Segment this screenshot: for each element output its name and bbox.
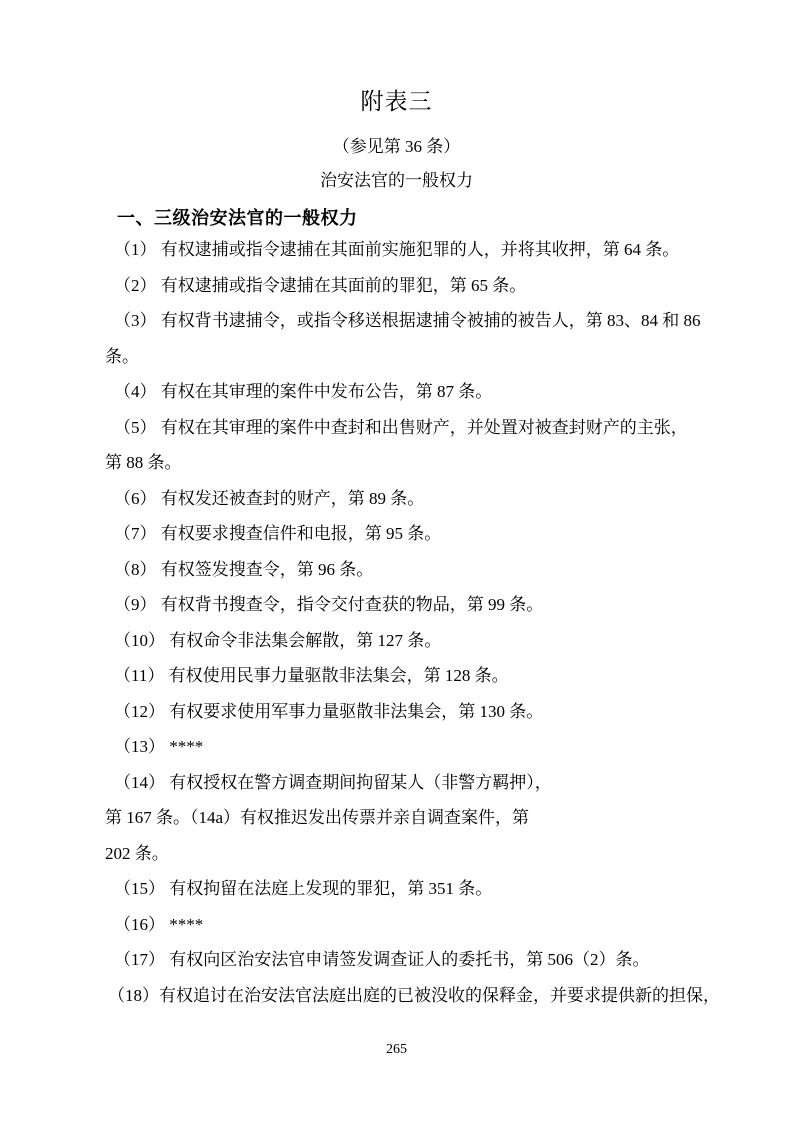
list-item-5: （5） 有权在其审理的案件中查封和出售财产，并处置对被查封财产的主张， (105, 410, 793, 446)
list-item-11: （11） 有权使用民事力量驱散非法集会，第 128 条。 (105, 658, 793, 694)
document-page: 附表三 （参见第 36 条） 治安法官的一般权力 一、三级治安法官的一般权力 （… (0, 0, 793, 1122)
list-item-5-continuation: 第 88 条。 (105, 445, 793, 481)
list-item-4: （4） 有权在其审理的案件中发布公告，第 87 条。 (105, 374, 793, 410)
section-heading: 一、三级治安法官的一般权力 (117, 206, 793, 230)
list-item-7: （7） 有权要求搜查信件和电报，第 95 条。 (105, 516, 793, 552)
list-item-17: （17） 有权向区治安法官申请签发调查证人的委托书，第 506（2）条。 (105, 942, 793, 978)
list-item-14: （14） 有权授权在警方调查期间拘留某人（非警方羁押）， (105, 765, 793, 801)
list-item-1: （1） 有权逮捕或指令逮捕在其面前实施犯罪的人，并将其收押，第 64 条。 (105, 232, 793, 268)
list-item-14-continuation: 202 条。 (105, 836, 793, 872)
list-item-6: （6） 有权发还被查封的财产，第 89 条。 (105, 481, 793, 517)
document-subtitle: 治安法官的一般权力 (0, 170, 793, 192)
list-item-15: （15） 有权拘留在法庭上发现的罪犯，第 351 条。 (105, 871, 793, 907)
list-item-14-continuation: 第 167 条。（14a）有权推迟发出传票并亲自调查案件，第 (105, 800, 793, 836)
reference-note: （参见第 36 条） (0, 136, 793, 158)
list-item-3-continuation: 条。 (105, 339, 793, 375)
list-item-13: （13） **** (105, 729, 793, 765)
list-item-3: （3） 有权背书逮捕令，或指令移送根据逮捕令被捕的被告人，第 83、84 和 8… (105, 303, 793, 339)
list-item-12: （12） 有权要求使用军事力量驱散非法集会，第 130 条。 (105, 694, 793, 730)
list-item-16: （16） **** (105, 907, 793, 943)
list-item-10: （10） 有权命令非法集会解散，第 127 条。 (105, 623, 793, 659)
list-item-8: （8） 有权签发搜查令，第 96 条。 (105, 552, 793, 588)
list-item-18: （18）有权追讨在治安法官法庭出庭的已被没收的保释金，并要求提供新的担保， (105, 978, 793, 1014)
page-number: 265 (0, 1041, 793, 1059)
powers-list: （1） 有权逮捕或指令逮捕在其面前实施犯罪的人，并将其收押，第 64 条。（2）… (105, 232, 793, 1013)
list-item-9: （9） 有权背书搜查令，指令交付查获的物品，第 99 条。 (105, 587, 793, 623)
list-item-2: （2） 有权逮捕或指令逮捕在其面前的罪犯，第 65 条。 (105, 268, 793, 304)
document-title: 附表三 (0, 0, 793, 116)
